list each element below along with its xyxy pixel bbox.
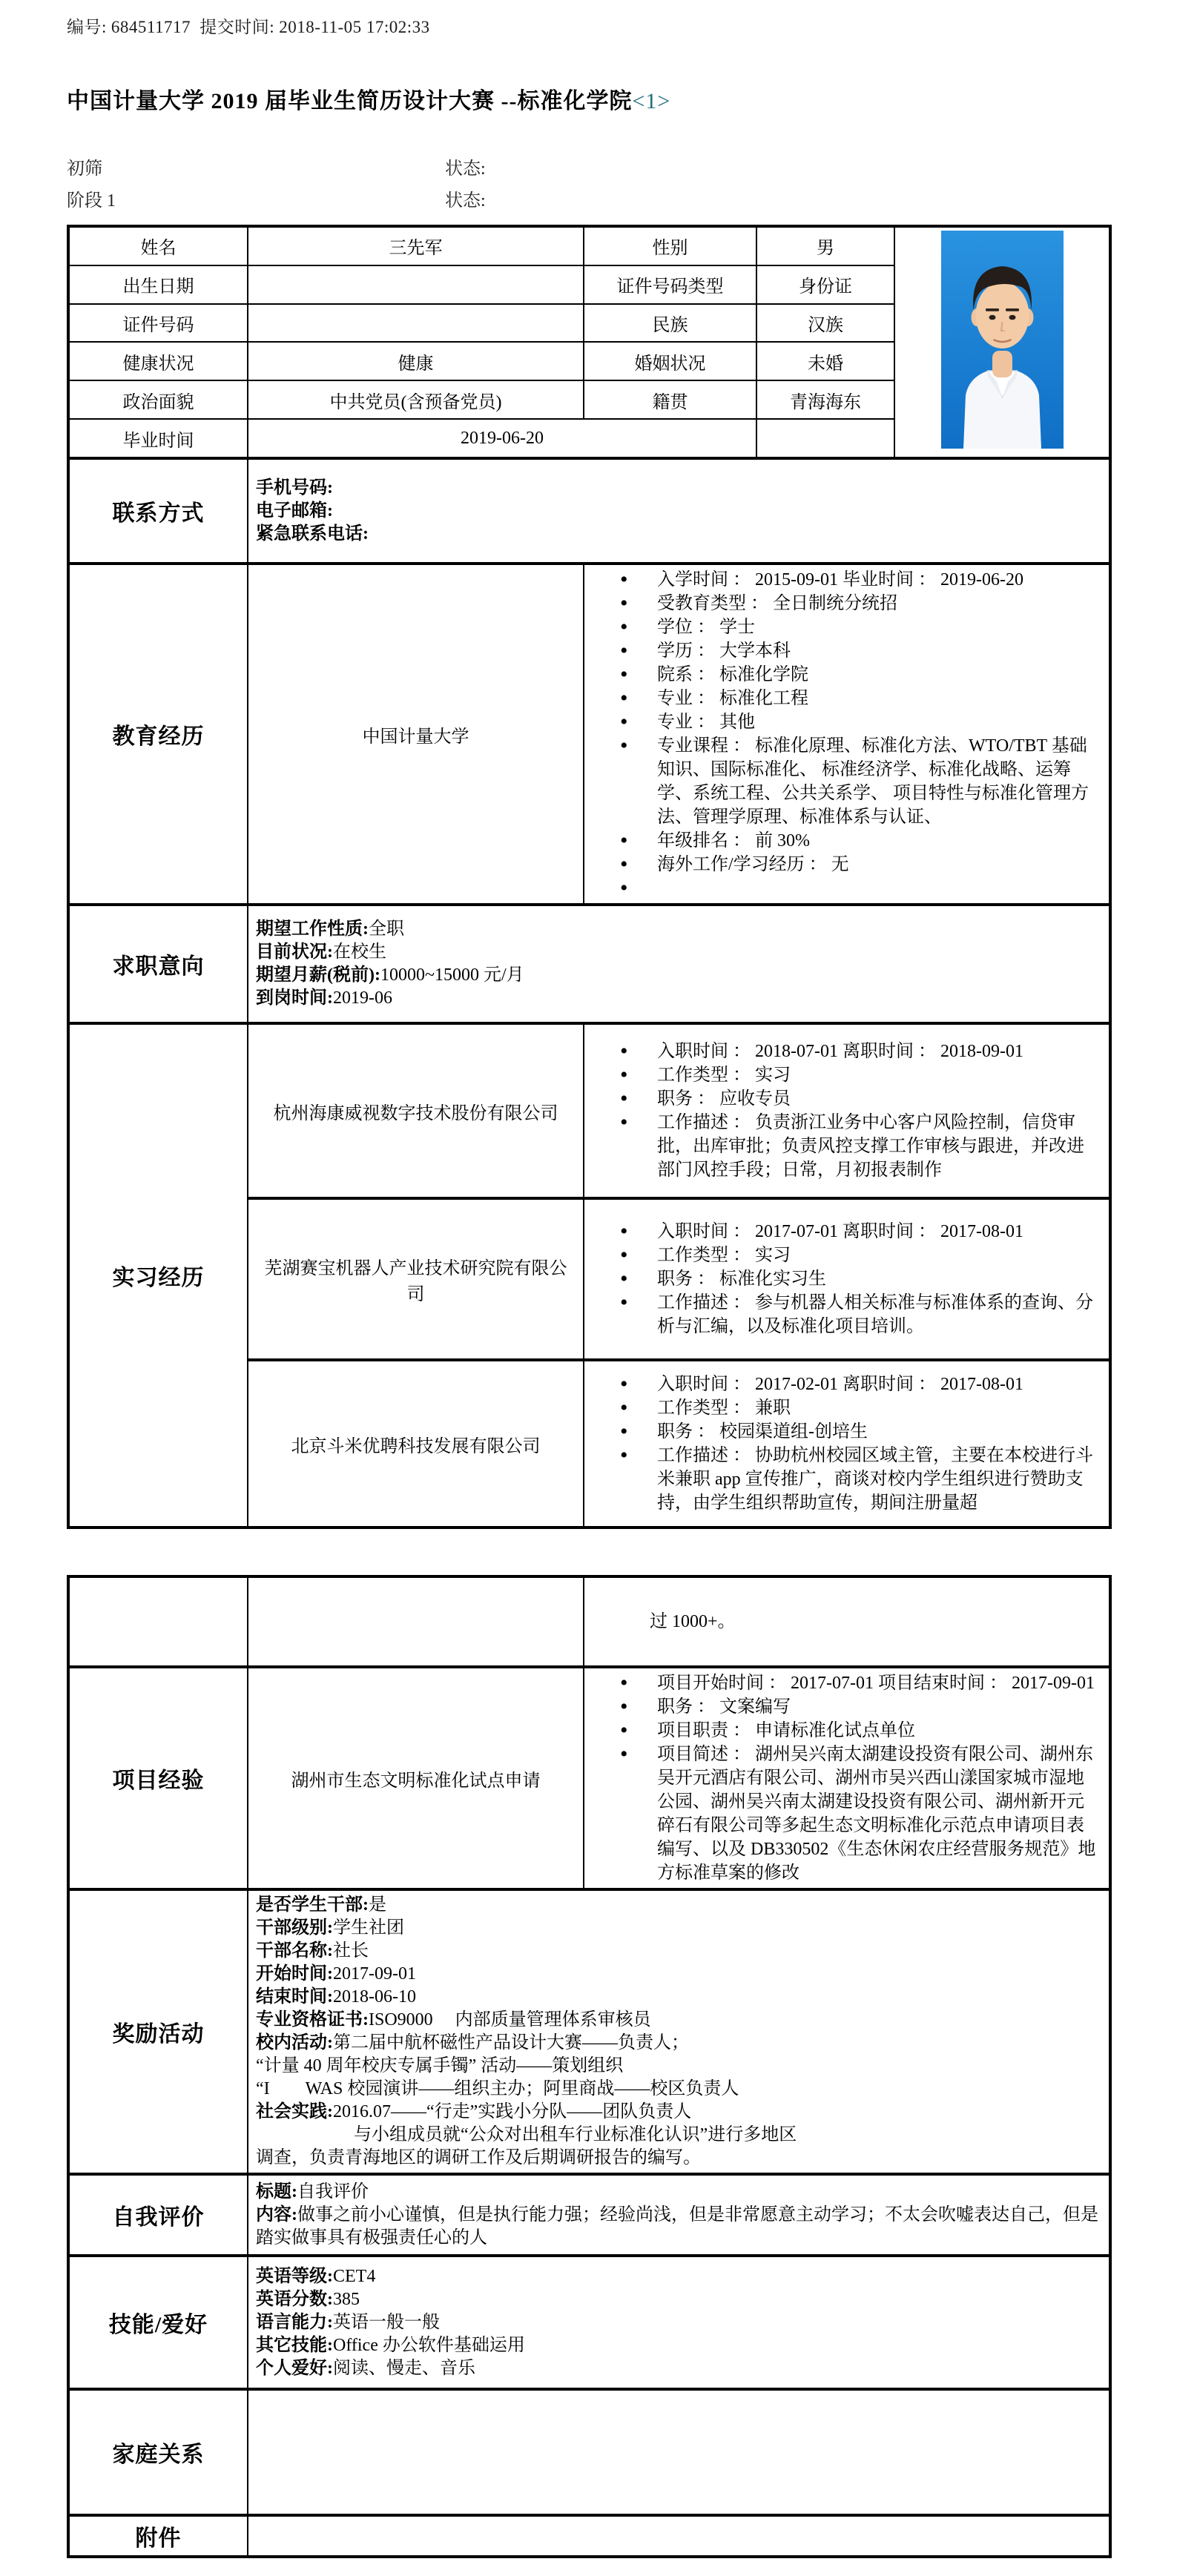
page-title: 中国计量大学 2019 届毕业生简历设计大赛 --标准化学院<1> <box>67 82 1109 115</box>
skills-value: Office 办公软件基础运用 <box>333 2336 525 2355</box>
awards-value: “计量 40 周年校庆专属手镯” 活动——策划组织 <box>256 2056 623 2075</box>
education-section: 教育经历 中国计量大学 入学时间 ： 2015-09-01 毕业时间 ： 201… <box>68 564 1110 905</box>
job-intent-value: 全职 <box>369 919 404 939</box>
skills-line: 英语等级:CET4 <box>256 2265 1101 2288</box>
skills-key: 语言能力: <box>256 2313 333 2332</box>
self-eval-line: 内容:做事之前小心谨慎，但是执行能力强；经验尚浅，但是非常愿意主动学习；不太会吹… <box>256 2204 1101 2250</box>
skills-line: 语言能力:英语一般一般 <box>256 2311 1101 2334</box>
contact-key: 手机号码: <box>256 478 333 498</box>
gender-value: 男 <box>756 226 894 265</box>
job-intent-key: 目前状况: <box>256 942 333 962</box>
political-label: 政治面貌 <box>68 380 248 419</box>
project-section: 项目经验 湖州市生态文明标准化试点申请 项目开始时间 ： 2017-07-01 … <box>68 1667 1110 1889</box>
attachment-content <box>248 2515 1110 2557</box>
contact-key: 紧急联系电话: <box>256 524 369 544</box>
awards-line: 开始时间:2017-09-01 <box>256 1963 1101 1986</box>
bullet-item: 学历 ： 大学本科 <box>592 639 1101 663</box>
internship-bullets: 入职时间 ： 2018-07-01 离职时间 ： 2018-09-01 工作类型… <box>584 1023 1110 1198</box>
continuation-row: 过 1000+。 <box>68 1576 1110 1667</box>
awards-line: “计量 40 周年校庆专属手镯” 活动——策划组织 <box>256 2055 1101 2078</box>
awards-line: 干部级别:学生社团 <box>256 1917 1101 1940</box>
contact-key: 电子邮箱: <box>256 501 333 521</box>
stage-row-initial: 初筛 状态: <box>67 151 1109 182</box>
awards-value: ISO9000 内部质量管理体系审核员 <box>369 2010 651 2030</box>
skills-line: 英语分数:385 <box>256 2288 1101 2311</box>
skills-line: 其它技能:Office 办公软件基础运用 <box>256 2334 1101 2357</box>
job-intent-section-label: 求职意向 <box>68 905 248 1023</box>
stage-status-block: 初筛 状态: 阶段 1 状态: <box>67 151 1109 214</box>
graduation-value: 2019-06-20 <box>248 419 756 458</box>
project-section-label: 项目经验 <box>68 1667 248 1889</box>
awards-line: “I WAS 校园演讲——组织主办；阿里商战——校区负责人 <box>256 2078 1101 2101</box>
skills-value: 阅读、慢走、音乐 <box>333 2359 475 2378</box>
job-intent-value: 2019-06 <box>333 988 392 1008</box>
contact-content: 手机号码: 电子邮箱: 紧急联系电话: <box>248 458 1110 564</box>
birthdate-label: 出生日期 <box>68 265 248 304</box>
job-intent-line: 到岗时间:2019-06 <box>256 987 1101 1010</box>
self-eval-section: 自我评价 标题:自我评价 内容:做事之前小心谨慎，但是执行能力强；经验尚浅，但是… <box>68 2174 1110 2256</box>
empty-cell <box>248 1576 584 1667</box>
self-eval-content: 标题:自我评价 内容:做事之前小心谨慎，但是执行能力强；经验尚浅，但是非常愿意主… <box>248 2174 1110 2256</box>
skills-key: 个人爱好: <box>256 2359 333 2378</box>
resume-page: 编号:684511717 提交时间:2018-11-05 17:02:33 中国… <box>0 0 1177 2576</box>
awards-key: 结束时间: <box>256 1987 333 2007</box>
skills-section-label: 技能/爱好 <box>68 2256 248 2389</box>
stage-name: 初筛 <box>67 153 445 179</box>
bullet-item: 专业 ： 标准化工程 <box>592 687 1101 710</box>
education-school: 中国计量大学 <box>248 564 584 905</box>
bullet-item: 入学时间 ： 2015-09-01 毕业时间 ： 2019-06-20 <box>592 568 1101 592</box>
awards-line: 校内活动:第二届中航杯磁性产品设计大赛——负责人； <box>256 2032 1101 2055</box>
awards-value: 2018-06-10 <box>333 1987 416 2007</box>
internship-company: 杭州海康威视数字技术股份有限公司 <box>248 1023 584 1198</box>
bullet-item: 工作类型 ： 兼职 <box>592 1396 1101 1420</box>
skills-content: 英语等级:CET4 英语分数:385 语言能力:英语一般一般 其它技能:Offi… <box>248 2256 1110 2389</box>
awards-line: 干部名称:社长 <box>256 1940 1101 1963</box>
skills-key: 英语分数: <box>256 2290 333 2309</box>
stage-status-label: 状态: <box>445 153 486 179</box>
attachment-section-label: 附件 <box>68 2515 248 2557</box>
skills-value: 385 <box>333 2290 360 2309</box>
awards-value: 是 <box>369 1895 386 1915</box>
awards-content: 是否学生干部:是 干部级别:学生社团 干部名称:社长 开始时间:2017-09-… <box>248 1889 1110 2174</box>
table-row: 姓名 三先军 性别 男 <box>68 226 1110 265</box>
self-eval-section-label: 自我评价 <box>68 2174 248 2256</box>
education-section-label: 教育经历 <box>68 564 248 905</box>
internship-company: 芜湖赛宝机器人产业技术研究院有限公司 <box>248 1198 584 1360</box>
internship-company: 北京斗米优聘科技发展有限公司 <box>248 1360 584 1528</box>
internship-bullets: 入职时间 ： 2017-02-01 离职时间 ： 2017-08-01 工作类型… <box>584 1360 1110 1528</box>
ethnicity-label: 民族 <box>584 304 756 343</box>
awards-line: 是否学生干部:是 <box>256 1894 1101 1917</box>
contact-line: 手机号码: <box>256 477 1101 500</box>
doc-meta-line: 编号:684511717 提交时间:2018-11-05 17:02:33 <box>67 13 1109 38</box>
bullet-item: 学位 ： 学士 <box>592 615 1101 639</box>
hometown-label: 籍贯 <box>584 380 756 419</box>
job-intent-line: 期望月薪(税前):10000~15000 元/月 <box>256 964 1101 987</box>
bullet-item: 工作类型 ： 实习 <box>592 1244 1101 1267</box>
awards-key: 社会实践: <box>256 2102 333 2121</box>
bullet-item: 专业课程 ： 标准化原理、标准化方法、WTO/TBT 基础知识、国际标准化、 标… <box>592 734 1101 829</box>
id-type-label: 证件号码类型 <box>584 265 756 304</box>
internship-bullets: 入职时间 ： 2017-07-01 离职时间 ： 2017-08-01 工作类型… <box>584 1198 1110 1360</box>
attachment-section: 附件 <box>68 2515 1110 2557</box>
awards-value: 调查，负责青海地区的调研工作及后期调研报告的编写。 <box>256 2148 701 2167</box>
awards-key: 专业资格证书: <box>256 2010 369 2030</box>
awards-line: 结束时间:2018-06-10 <box>256 1986 1101 2009</box>
awards-line: 调查，负责青海地区的调研工作及后期调研报告的编写。 <box>256 2147 1101 2170</box>
bullet-item: 受教育类型 ： 全日制统分统招 <box>592 592 1101 615</box>
resume-table-2: 过 1000+。 项目经验 湖州市生态文明标准化试点申请 项目开始时间 ： 20… <box>67 1575 1112 2558</box>
birthdate-value <box>248 265 584 304</box>
awards-key: 干部名称: <box>256 1941 333 1961</box>
project-name: 湖州市生态文明标准化试点申请 <box>248 1667 584 1889</box>
self-eval-line: 标题:自我评价 <box>256 2181 1101 2204</box>
bullet-item: 院系 ： 标准化学院 <box>592 663 1101 687</box>
resume-table-1: 姓名 三先军 性别 男 <box>67 225 1112 1529</box>
continuation-text: 过 1000+。 <box>592 1610 1101 1634</box>
marital-label: 婚姻状况 <box>584 342 756 380</box>
bullet-item: 专业 ： 其他 <box>592 710 1101 734</box>
awards-section-label: 奖励活动 <box>68 1889 248 2174</box>
contact-line: 电子邮箱: <box>256 500 1101 523</box>
self-eval-key: 标题: <box>256 2182 297 2202</box>
awards-value: 第二届中航杯磁性产品设计大赛——负责人； <box>333 2033 689 2052</box>
bullet-item: 入职时间 ： 2017-02-01 离职时间 ： 2017-08-01 <box>592 1373 1101 1396</box>
page-break-gap <box>67 1529 1109 1565</box>
awards-key: 校内活动: <box>256 2033 333 2052</box>
stage-name: 阶段 1 <box>67 185 445 211</box>
bullet-item: 工作描述 ： 负责浙江业务中心客户风险控制，信贷审批，出库审批；负责风控支撑工作… <box>592 1111 1101 1182</box>
bullet-item: 工作类型 ： 实习 <box>592 1063 1101 1087</box>
family-content <box>248 2389 1110 2515</box>
skills-line: 个人爱好:阅读、慢走、音乐 <box>256 2357 1101 2380</box>
contact-section: 联系方式 手机号码: 电子邮箱: 紧急联系电话: <box>68 458 1110 564</box>
job-intent-key: 到岗时间: <box>256 988 333 1008</box>
continuation-cell: 过 1000+。 <box>584 1576 1110 1667</box>
awards-line: 专业资格证书:ISO9000 内部质量管理体系审核员 <box>256 2009 1101 2032</box>
empty-cell <box>68 1576 248 1667</box>
bullet-item: 项目职责 ： 申请标准化试点单位 <box>592 1719 1101 1743</box>
awards-value: 2016.07——“行走”实践小分队——团队负责人 <box>333 2102 691 2121</box>
bullet-item: 职务 ： 文案编写 <box>592 1695 1101 1719</box>
job-intent-value: 10000~15000 元/月 <box>380 965 524 985</box>
job-intent-section: 求职意向 期望工作性质:全职 目前状况:在校生 期望月薪(税前):10000~1… <box>68 905 1110 1023</box>
contact-section-label: 联系方式 <box>68 458 248 564</box>
bullet-item: 工作描述 ： 协助杭州校园区域主管，主要在本校进行斗米兼职 app 宣传推广，商… <box>592 1444 1101 1515</box>
gender-label: 性别 <box>584 226 756 265</box>
skills-section: 技能/爱好 英语等级:CET4 英语分数:385 语言能力:英语一般一般 其它技… <box>68 2256 1110 2389</box>
doc-id-label: 编号: <box>67 18 107 36</box>
bullet-item: 职务 ： 校园渠道组-创培生 <box>592 1420 1101 1444</box>
skills-value: CET4 <box>333 2267 375 2286</box>
doc-id-value: 684511717 <box>111 18 191 36</box>
job-intent-key: 期望工作性质: <box>256 919 369 939</box>
name-value: 三先军 <box>248 226 584 265</box>
awards-line: 社会实践:2016.07——“行走”实践小分队——团队负责人 <box>256 2101 1101 2124</box>
bullet-item: 项目开始时间 ： 2017-07-01 项目结束时间 ： 2017-09-01 <box>592 1671 1101 1695</box>
awards-section: 奖励活动 是否学生干部:是 干部级别:学生社团 干部名称:社长 开始时间:201… <box>68 1889 1110 2174</box>
page-title-index: <1> <box>632 89 670 113</box>
health-label: 健康状况 <box>68 342 248 380</box>
self-eval-key: 内容: <box>256 2205 297 2225</box>
empty-cell <box>756 419 894 458</box>
name-label: 姓名 <box>68 226 248 265</box>
submit-time-label: 提交时间: <box>200 18 274 36</box>
stage-status-label: 状态: <box>445 185 486 211</box>
graduation-label: 毕业时间 <box>68 419 248 458</box>
ethnicity-value: 汉族 <box>756 304 894 343</box>
page-title-text: 中国计量大学 2019 届毕业生简历设计大赛 --标准化学院 <box>67 89 632 113</box>
bullet-item: 职务 ： 标准化实习生 <box>592 1267 1101 1291</box>
bullet-item: 年级排名 ： 前 30% <box>592 829 1101 853</box>
awards-value: 学生社团 <box>333 1918 404 1938</box>
self-eval-value: 做事之前小心谨慎，但是执行能力强；经验尚浅，但是非常愿意主动学习；不太会吹嘘表达… <box>256 2205 1098 2248</box>
submit-time-value: 2018-11-05 17:02:33 <box>279 18 430 36</box>
photo-cell <box>894 226 1110 458</box>
hometown-value: 青海海东 <box>756 380 894 419</box>
job-intent-key: 期望月薪(税前): <box>256 965 380 985</box>
family-section-label: 家庭关系 <box>68 2389 248 2515</box>
family-section: 家庭关系 <box>68 2389 1110 2515</box>
bullet-item: 工作描述 ： 参与机器人相关标准与标准体系的查询、分析与汇编，以及标准化项目培训… <box>592 1291 1101 1338</box>
contact-line: 紧急联系电话: <box>256 523 1101 546</box>
skills-key: 其它技能: <box>256 2336 333 2355</box>
bullet-item: 入职时间 ： 2017-07-01 离职时间 ： 2017-08-01 <box>592 1220 1101 1244</box>
stage-row-phase1: 阶段 1 状态: <box>67 182 1109 214</box>
marital-value: 未婚 <box>756 342 894 380</box>
skills-value: 英语一般一般 <box>333 2313 440 2332</box>
awards-value: 社长 <box>333 1941 369 1961</box>
bullet-item: 海外工作/学习经历 ： 无 <box>592 853 1101 876</box>
project-bullets: 项目开始时间 ： 2017-07-01 项目结束时间 ： 2017-09-01 … <box>584 1667 1110 1889</box>
id-photo <box>941 231 1064 449</box>
bullet-item: 项目简述 ： 湖州吴兴南太湖建设投资有限公司、湖州东吴开元酒店有限公司、湖州市吴… <box>592 1743 1101 1885</box>
bullet-item: 入职时间 ： 2018-07-01 离职时间 ： 2018-09-01 <box>592 1040 1101 1063</box>
id-number-label: 证件号码 <box>68 304 248 343</box>
education-bullets: 入学时间 ： 2015-09-01 毕业时间 ： 2019-06-20 受教育类… <box>584 564 1110 905</box>
awards-value: 2017-09-01 <box>333 1964 416 1984</box>
internship-section-label: 实习经历 <box>68 1023 248 1528</box>
awards-key: 干部级别: <box>256 1918 333 1938</box>
awards-value: “I WAS 校园演讲——组织主办；阿里商战——校区负责人 <box>256 2079 739 2098</box>
awards-key: 是否学生干部: <box>256 1895 369 1915</box>
internship-entry-1: 实习经历 杭州海康威视数字技术股份有限公司 入职时间 ： 2018-07-01 … <box>68 1023 1110 1198</box>
awards-value: 与小组成员就“公众对出租车行业标准化认识”进行多地区 <box>354 2125 797 2144</box>
job-intent-value: 在校生 <box>333 942 386 962</box>
political-value: 中共党员(含预备党员) <box>248 380 584 419</box>
bullet-item <box>592 876 1101 900</box>
skills-key: 英语等级: <box>256 2267 333 2286</box>
job-intent-line: 目前状况:在校生 <box>256 941 1101 964</box>
awards-line: 与小组成员就“公众对出租车行业标准化认识”进行多地区 <box>256 2124 1101 2147</box>
self-eval-value: 自我评价 <box>297 2182 369 2202</box>
awards-key: 开始时间: <box>256 1964 333 1984</box>
bullet-item: 职务 ： 应收专员 <box>592 1087 1101 1111</box>
job-intent-line: 期望工作性质:全职 <box>256 918 1101 941</box>
id-number-value <box>248 304 584 343</box>
health-value: 健康 <box>248 342 584 380</box>
job-intent-content: 期望工作性质:全职 目前状况:在校生 期望月薪(税前):10000~15000 … <box>248 905 1110 1023</box>
id-type-value: 身份证 <box>756 265 894 304</box>
